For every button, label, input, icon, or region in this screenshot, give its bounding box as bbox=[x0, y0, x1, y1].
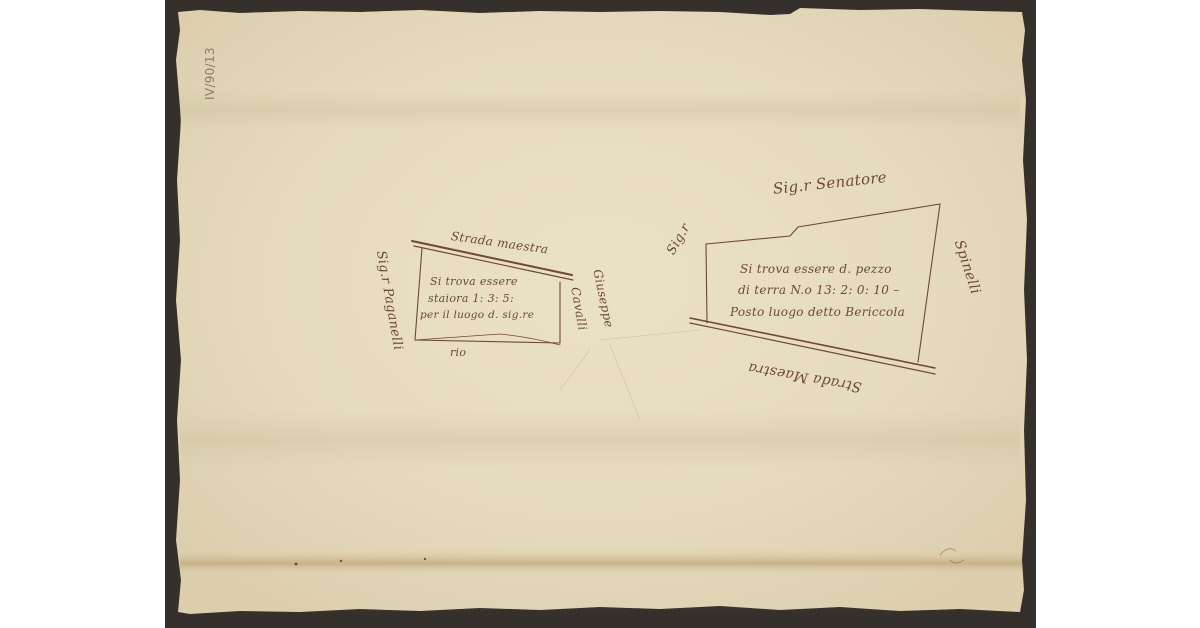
right-parcel-line-1: Si trova essere d. pezzo bbox=[740, 262, 892, 276]
archive-mark: IV/90/13 bbox=[203, 47, 217, 100]
left-parcel-line-3: per il luogo d. sig.re bbox=[420, 309, 534, 321]
left-parcel-line-1: Si trova essere bbox=[430, 275, 518, 288]
right-parcel-line-2: di terra N.o 13: 2: 0: 10 – bbox=[738, 283, 900, 297]
left-parcel-bottom-label: rio bbox=[450, 346, 466, 359]
right-parcel-line-3: Posto luogo detto Bericcola bbox=[730, 305, 905, 319]
left-parcel-line-2: staiora 1: 3: 5: bbox=[428, 292, 514, 305]
